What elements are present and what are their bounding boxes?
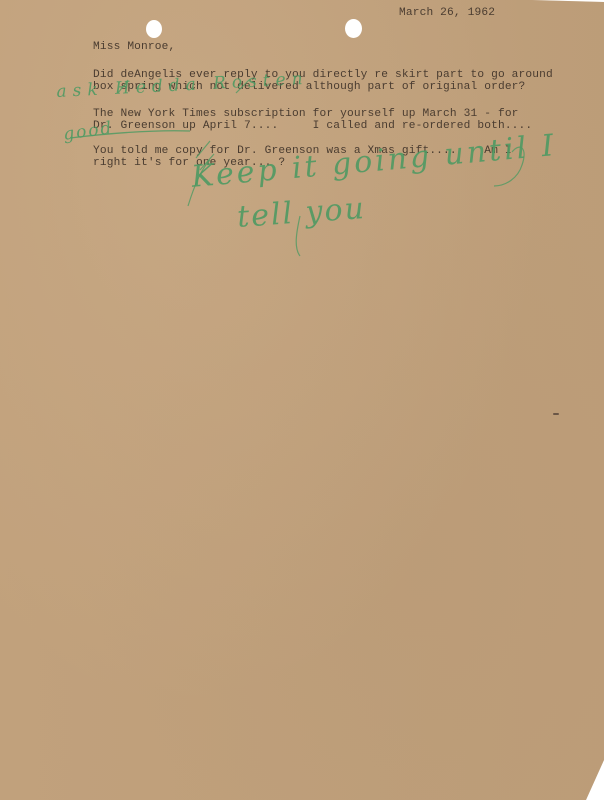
hole-punch-left xyxy=(146,20,162,38)
handwritten-note-keep-going-line1: Keep it going until I xyxy=(190,128,558,195)
paper-mark xyxy=(553,413,559,415)
paragraph-line: Dr. Greenson up April 7.... I called and… xyxy=(93,120,532,133)
document-page: March 26, 1962 Miss Monroe, Did deAngeli… xyxy=(0,0,604,800)
handwritten-note-good: good xyxy=(62,118,115,145)
letter-date: March 26, 1962 xyxy=(399,7,495,20)
salutation: Miss Monroe, xyxy=(93,41,175,54)
handwritten-note-keep-going-line2: tell you xyxy=(236,191,367,235)
hole-punch-right xyxy=(345,19,362,38)
